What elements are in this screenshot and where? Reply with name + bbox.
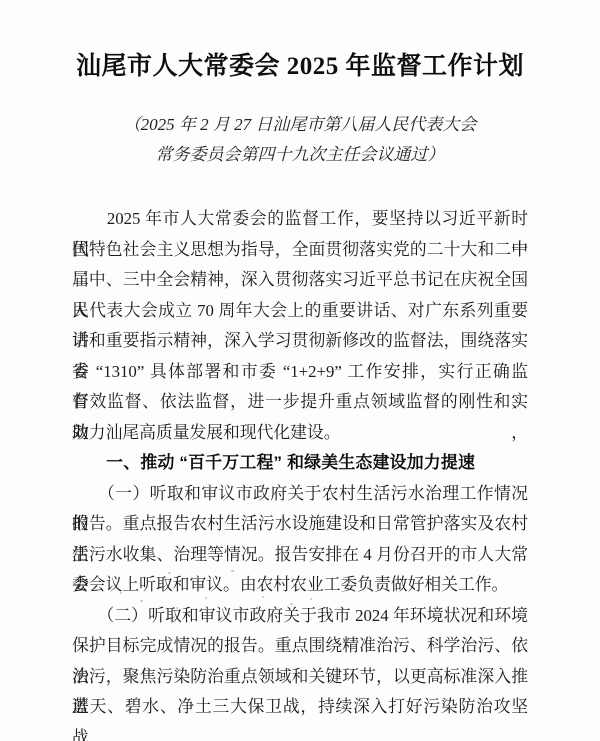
scan-speck	[247, 587, 249, 589]
body-line: 蓝天、碧水、净土三大保卫战，持续深入打好污染防治攻坚战，	[72, 692, 528, 723]
scan-speck	[168, 572, 171, 574]
body-line: 2025 年市人大常委会的监督工作，要坚持以习近平新时代中	[72, 204, 528, 235]
scan-speck	[176, 607, 178, 609]
document-subtitle: （2025 年 2 月 27 日汕尾市第八届人民代表大会 常务委员会第四十九次主…	[0, 110, 600, 170]
document-body: 2025 年市人大常委会的监督工作，要坚持以习近平新时代中 国特色社会主义思想为…	[72, 204, 528, 723]
document-title: 汕尾市人大常委会 2025 年监督工作计划	[0, 46, 600, 82]
scanned-document-page: 汕尾市人大常委会 2025 年监督工作计划 （2025 年 2 月 27 日汕尾…	[0, 0, 600, 741]
scan-speck	[183, 578, 185, 580]
subtitle-line: （2025 年 2 月 27 日汕尾市第八届人民代表大会	[0, 110, 600, 140]
scan-speck	[199, 585, 202, 588]
scan-speck	[152, 614, 154, 616]
body-line: 话和重要指示精神，深入学习贯彻新修改的监督法，围绕落实省	[72, 326, 528, 357]
body-line: 二中、三中全会精神，深入贯彻落实习近平总书记在庆祝全国人	[72, 265, 528, 296]
scan-speck	[290, 603, 293, 605]
body-line: 会会议上听取和审议。由农村农业工委负责做好相关工作。	[72, 570, 528, 601]
body-line: 国特色社会主义思想为指导，全面贯彻落实党的二十大和二十届	[72, 235, 528, 266]
subtitle-line: 常务委员会第四十九次主任会议通过）	[0, 140, 600, 170]
body-line: 治污，聚焦污染防治重点领域和关键环节，以更高标准深入推进	[72, 662, 528, 693]
body-line: （一）听取和审议市政府关于农村生活污水治理工作情况的	[72, 479, 528, 510]
body-line: 委 “1310” 具体部署和市委 “1+2+9” 工作安排，实行正确监督、	[72, 357, 528, 388]
body-line: 报告。重点报告农村生活污水设施建设和日常管护落实及农村生	[72, 509, 528, 540]
body-line: 保护目标完成情况的报告。重点围绕精准治污、科学治污、依法	[72, 631, 528, 662]
body-line: 有效监督、依法监督，进一步提升重点领域监督的刚性和实效，	[72, 387, 528, 418]
body-line: （二）听取和审议市政府关于我市 2024 年环境状况和环境	[72, 601, 528, 632]
body-line: 民代表大会成立 70 周年大会上的重要讲话、对广东系列重要讲	[72, 296, 528, 327]
scan-speck	[216, 576, 218, 578]
scan-speck	[262, 596, 264, 598]
body-line: 活污水收集、治理等情况。报告安排在 4 月份召开的市人大常委	[72, 540, 528, 571]
scan-speck	[231, 570, 234, 572]
scan-speck	[140, 600, 143, 602]
scan-speck	[310, 598, 312, 600]
scan-speck	[205, 597, 207, 599]
section-heading: 一、推动 “百千万工程” 和绿美生态建设加力提速	[72, 448, 528, 479]
scan-speck	[120, 592, 122, 594]
scan-speck	[228, 612, 230, 615]
